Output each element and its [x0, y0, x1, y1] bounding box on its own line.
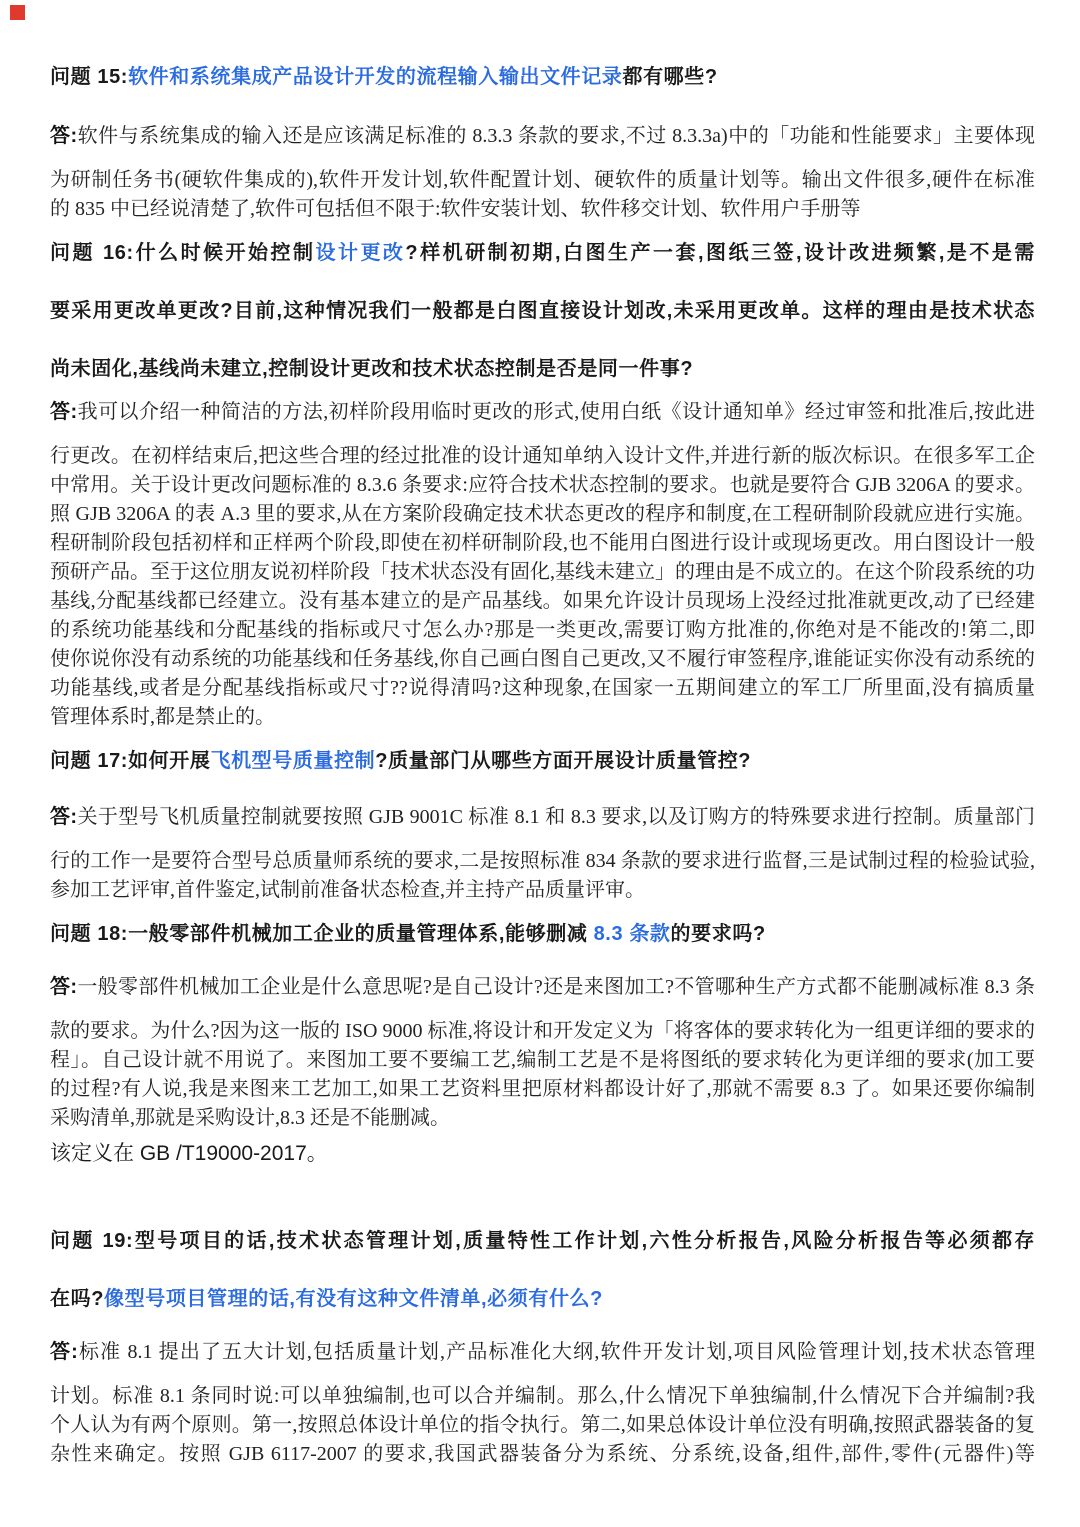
answer-line: 答:关于型号飞机质量控制就要按照 GJB 9001C 标准 8.1 和 8.3 … — [50, 803, 1035, 832]
text-segment: 款的要求。为什么?因为这一版的 ISO 9000 标准,将设计和开发定义为「将客… — [50, 1020, 1035, 1046]
answer-line: 预研产品。至于这位朋友说初样阶段「技术状态没有固化,基线未建立」的理由是不成立的… — [50, 558, 1035, 587]
question-line: 尚未固化,基线尚未建立,控制设计更改和技术状态控制是否是同一件事? — [50, 340, 1035, 398]
text-segment: 的要求吗? — [671, 923, 766, 945]
note-line: 该定义在 GB /T19000-2017。 — [50, 1139, 1035, 1168]
answer-line: 答:一般零部件机械加工企业是什么意思呢?是自己设计?还是来图加工?不管哪种生产方… — [50, 973, 1035, 1002]
text-segment: 程研制阶段包括初样和正样两个阶段,即使在初样研制阶段,也不能用白图进行设计或现场… — [50, 532, 1035, 558]
answer-line: 使你说你没有动系统的功能基线和任务基线,你自己画白图自己更改,又不履行审签程序,… — [50, 645, 1035, 674]
text-segment: 杂性来确定。按照 GJB 6117-2007 的要求,我国武器装备分为系统、分系… — [50, 1443, 1035, 1465]
answer-line: 计划。标准 8.1 条同时说:可以单独编制,也可以合并编制。那么,什么情况下单独… — [50, 1382, 1035, 1411]
answer-line: 采购清单,那就是采购设计,8.3 还是不能删减。 — [50, 1104, 1035, 1133]
answer-line: 基线,分配基线都已经建立。没有基本建立的是产品基线。如果允许设计员现场上没经过批… — [50, 587, 1035, 616]
answer-line: 为研制任务书(硬软件集成的),软件开发计划,软件配置计划、硬软件的质量计划等。输… — [50, 166, 1035, 195]
question-line: 在吗?像型号项目管理的话,有没有这种文件清单,必须有什么? — [50, 1270, 1035, 1328]
text-segment: 的系统功能基线和分配基线的指标或尺寸怎么办?那是一类更改,需要订购方批准的,你绝… — [50, 619, 1035, 641]
question-line: 问题 17:如何开展飞机型号质量控制?质量部门从哪些方面开展设计质量管控? — [50, 732, 1035, 790]
answer-line: 功能基线,或者是分配基线指标或尺寸??说得清吗?这种现象,在国家一五期间建立的军… — [50, 674, 1035, 703]
text-segment: 使你说你没有动系统的功能基线和任务基线,你自己画白图自己更改,又不履行审签程序,… — [50, 648, 1035, 670]
answer-line: 程研制阶段包括初样和正样两个阶段,即使在初样研制阶段,也不能用白图进行设计或现场… — [50, 529, 1035, 558]
answer-line: 照 GJB 3206A 的表 A.3 里的要求,从在方案阶段确定技术状态更改的程… — [50, 500, 1035, 529]
answer-17: 答:关于型号飞机质量控制就要按照 GJB 9001C 标准 8.1 和 8.3 … — [50, 803, 1035, 905]
text-segment: 一般零部件机械加工企业是什么意思呢?是自己设计?还是来图加工?不管哪种生产方式都… — [77, 976, 1035, 998]
text-segment: 尚未固化,基线尚未建立,控制设计更改和技术状态控制是否是同一件事? — [50, 358, 693, 380]
answer-line: 参加工艺评审,首件鉴定,试制前准备状态检查,并主持产品质量评审。 — [50, 876, 1035, 905]
question-18: 问题 18:一般零部件机械加工企业的质量管理体系,能够删减 8.3 条款的要求吗… — [50, 905, 1035, 963]
text-segment: 问题 15: — [50, 66, 128, 88]
text-segment: 照 GJB 3206A 的表 A.3 里的要求,从在方案阶段确定技术状态更改的程… — [50, 503, 1035, 529]
question-line: 问题 18:一般零部件机械加工企业的质量管理体系,能够删减 8.3 条款的要求吗… — [50, 905, 1035, 963]
question-17: 问题 17:如何开展飞机型号质量控制?质量部门从哪些方面开展设计质量管控? — [50, 732, 1035, 790]
answer-line: 行的工作一是要符合型号总质量师系统的要求,二是按照标准 834 条款的要求进行监… — [50, 847, 1035, 876]
text-segment: ?质量部门从哪些方面开展设计质量管控? — [375, 750, 751, 772]
text-segment: 标准 8.1 提出了五大计划,包括质量计划,产品标准化大纲,软件开发计划,项目风… — [78, 1341, 1035, 1363]
text-segment: 功能基线,或者是分配基线指标或尺寸??说得清吗?这种现象,在国家一五期间建立的军… — [50, 677, 1035, 699]
answer-16: 答:我可以介绍一种简洁的方法,初样阶段用临时更改的形式,使用白纸《设计通知单》经… — [50, 398, 1035, 732]
answer-label: 答: — [50, 1341, 78, 1363]
note-gbt19000: 该定义在 GB /T19000-2017。 — [50, 1139, 1035, 1168]
text-segment: 行的工作一是要符合型号总质量师系统的要求,二是按照标准 834 条款的要求进行监… — [50, 850, 1035, 872]
question-19: 问题 19:型号项目的话,技术状态管理计划,质量特性工作计划,六性分析报告,风险… — [50, 1212, 1035, 1328]
text-segment: 中常用。关于设计更改问题标准的 8.3.6 条要求:应符合技术状态控制的要求。也… — [50, 474, 1035, 500]
red-corner-mark — [10, 5, 25, 20]
text-segment: 该定义在 GB /T19000-2017。 — [50, 1142, 328, 1165]
answer-label: 答: — [50, 806, 77, 828]
answer-line: 杂性来确定。按照 GJB 6117-2007 的要求,我国武器装备分为系统、分系… — [50, 1440, 1035, 1469]
answer-line: 答:软件与系统集成的输入还是应该满足标准的 8.3.3 条款的要求,不过 8.3… — [50, 122, 1035, 151]
answer-19: 答:标准 8.1 提出了五大计划,包括质量计划,产品标准化大纲,软件开发计划,项… — [50, 1338, 1035, 1469]
answer-line: 行更改。在初样结束后,把这些合理的经过批准的设计通知单纳入设计文件,并进行新的版… — [50, 442, 1035, 471]
text-segment: 参加工艺评审,首件鉴定,试制前准备状态检查,并主持产品质量评审。 — [50, 879, 645, 901]
text-segment: 问题 18:一般零部件机械加工企业的质量管理体系,能够删减 — [50, 923, 594, 945]
question-line: 问题 16:什么时候开始控制设计更改?样机研制初期,白图生产一套,图纸三签,设计… — [50, 224, 1035, 282]
text-segment: 我可以介绍一种简洁的方法,初样阶段用临时更改的形式,使用白纸《设计通知单》经过审… — [77, 401, 1035, 423]
answer-line: 程」。自己设计就不用说了。来图加工要不要编工艺,编制工艺是不是将图纸的要求转化为… — [50, 1046, 1035, 1075]
answer-line: 答:我可以介绍一种简洁的方法,初样阶段用临时更改的形式,使用白纸《设计通知单》经… — [50, 398, 1035, 427]
answer-line: 管理体系时,都是禁止的。 — [50, 703, 1035, 732]
question-16: 问题 16:什么时候开始控制设计更改?样机研制初期,白图生产一套,图纸三签,设计… — [50, 224, 1035, 398]
text-segment: 计划。标准 8.1 条同时说:可以单独编制,也可以合并编制。那么,什么情况下单独… — [50, 1385, 1035, 1407]
text-segment: 程」。自己设计就不用说了。来图加工要不要编工艺,编制工艺是不是将图纸的要求转化为… — [50, 1049, 1035, 1075]
answer-line: 款的要求。为什么?因为这一版的 ISO 9000 标准,将设计和开发定义为「将客… — [50, 1017, 1035, 1046]
answer-label: 答: — [50, 125, 77, 147]
answer-line: 个人认为有两个原则。第一,按照总体设计单位的指令执行。第二,如果总体设计单位没有… — [50, 1411, 1035, 1440]
question-line: 问题 19:型号项目的话,技术状态管理计划,质量特性工作计划,六性分析报告,风险… — [50, 1212, 1035, 1270]
text-segment: 都有哪些? — [622, 66, 717, 88]
answer-line: 中常用。关于设计更改问题标准的 8.3.6 条要求:应符合技术状态控制的要求。也… — [50, 471, 1035, 500]
answer-label: 答: — [50, 976, 77, 998]
highlight-text: 软件和系统集成产品设计开发的流程输入输出文件记录 — [128, 66, 622, 88]
answer-line: 的 835 中已经说清楚了,软件可包括但不限于:软件安装计划、软件移交计划、软件… — [50, 195, 1035, 224]
highlight-text: 像型号项目管理的话,有没有这种文件清单,必须有什么? — [104, 1288, 603, 1310]
document-page: 问题 15:软件和系统集成产品设计开发的流程输入输出文件记录都有哪些?答:软件与… — [0, 0, 1080, 1527]
question-line: 要采用更改单更改?目前,这种情况我们一般都是白图直接设计划改,未采用更改单。这样… — [50, 282, 1035, 340]
content: 问题 15:软件和系统集成产品设计开发的流程输入输出文件记录都有哪些?答:软件与… — [50, 48, 1035, 1469]
text-segment: 在吗? — [50, 1288, 104, 1310]
text-segment: 问题 17:如何开展 — [50, 750, 210, 772]
highlight-text: 设计更改 — [315, 242, 405, 264]
text-segment: 软件与系统集成的输入还是应该满足标准的 8.3.3 条款的要求,不过 8.3.3… — [77, 125, 1035, 147]
question-15: 问题 15:软件和系统集成产品设计开发的流程输入输出文件记录都有哪些? — [50, 48, 1035, 106]
highlight-text: 飞机型号质量控制 — [210, 750, 375, 772]
text-segment: 采购清单,那就是采购设计,8.3 还是不能删减。 — [50, 1107, 450, 1129]
answer-15: 答:软件与系统集成的输入还是应该满足标准的 8.3.3 条款的要求,不过 8.3… — [50, 122, 1035, 224]
answer-line: 的过程?有人说,我是来图来工艺加工,如果工艺资料里把原材料都设计好了,那就不需要… — [50, 1075, 1035, 1104]
highlight-text: 8.3 条款 — [594, 923, 671, 945]
text-segment: 问题 19:型号项目的话,技术状态管理计划,质量特性工作计划,六性分析报告,风险… — [50, 1230, 1035, 1252]
text-segment: 的 835 中已经说清楚了,软件可包括但不限于:软件安装计划、软件移交计划、软件… — [50, 198, 861, 220]
text-segment: 预研产品。至于这位朋友说初样阶段「技术状态没有固化,基线未建立」的理由是不成立的… — [50, 561, 1035, 587]
answer-18: 答:一般零部件机械加工企业是什么意思呢?是自己设计?还是来图加工?不管哪种生产方… — [50, 973, 1035, 1133]
text-segment: 行更改。在初样结束后,把这些合理的经过批准的设计通知单纳入设计文件,并进行新的版… — [50, 445, 1035, 471]
text-segment: 关于型号飞机质量控制就要按照 GJB 9001C 标准 8.1 和 8.3 要求… — [50, 806, 1035, 832]
answer-label: 答: — [50, 401, 77, 423]
text-segment: 要采用更改单更改?目前,这种情况我们一般都是白图直接设计划改,未采用更改单。这样… — [50, 300, 1035, 322]
answer-line: 答:标准 8.1 提出了五大计划,包括质量计划,产品标准化大纲,软件开发计划,项… — [50, 1338, 1035, 1367]
text-segment: 为研制任务书(硬软件集成的),软件开发计划,软件配置计划、硬软件的质量计划等。输… — [50, 169, 1035, 191]
text-segment: 的过程?有人说,我是来图来工艺加工,如果工艺资料里把原材料都设计好了,那就不需要… — [50, 1078, 1035, 1100]
answer-line: 的系统功能基线和分配基线的指标或尺寸怎么办?那是一类更改,需要订购方批准的,你绝… — [50, 616, 1035, 645]
text-segment: 管理体系时,都是禁止的。 — [50, 706, 275, 728]
text-segment: 基线,分配基线都已经建立。没有基本建立的是产品基线。如果允许设计员现场上没经过批… — [50, 590, 1035, 616]
text-segment: 问题 16:什么时候开始控制 — [50, 242, 315, 264]
question-line: 问题 15:软件和系统集成产品设计开发的流程输入输出文件记录都有哪些? — [50, 48, 1035, 106]
text-segment: 个人认为有两个原则。第一,按照总体设计单位的指令执行。第二,如果总体设计单位没有… — [50, 1414, 1035, 1436]
text-segment: ?样机研制初期,白图生产一套,图纸三签,设计改进频繁,是不是需 — [405, 242, 1035, 264]
